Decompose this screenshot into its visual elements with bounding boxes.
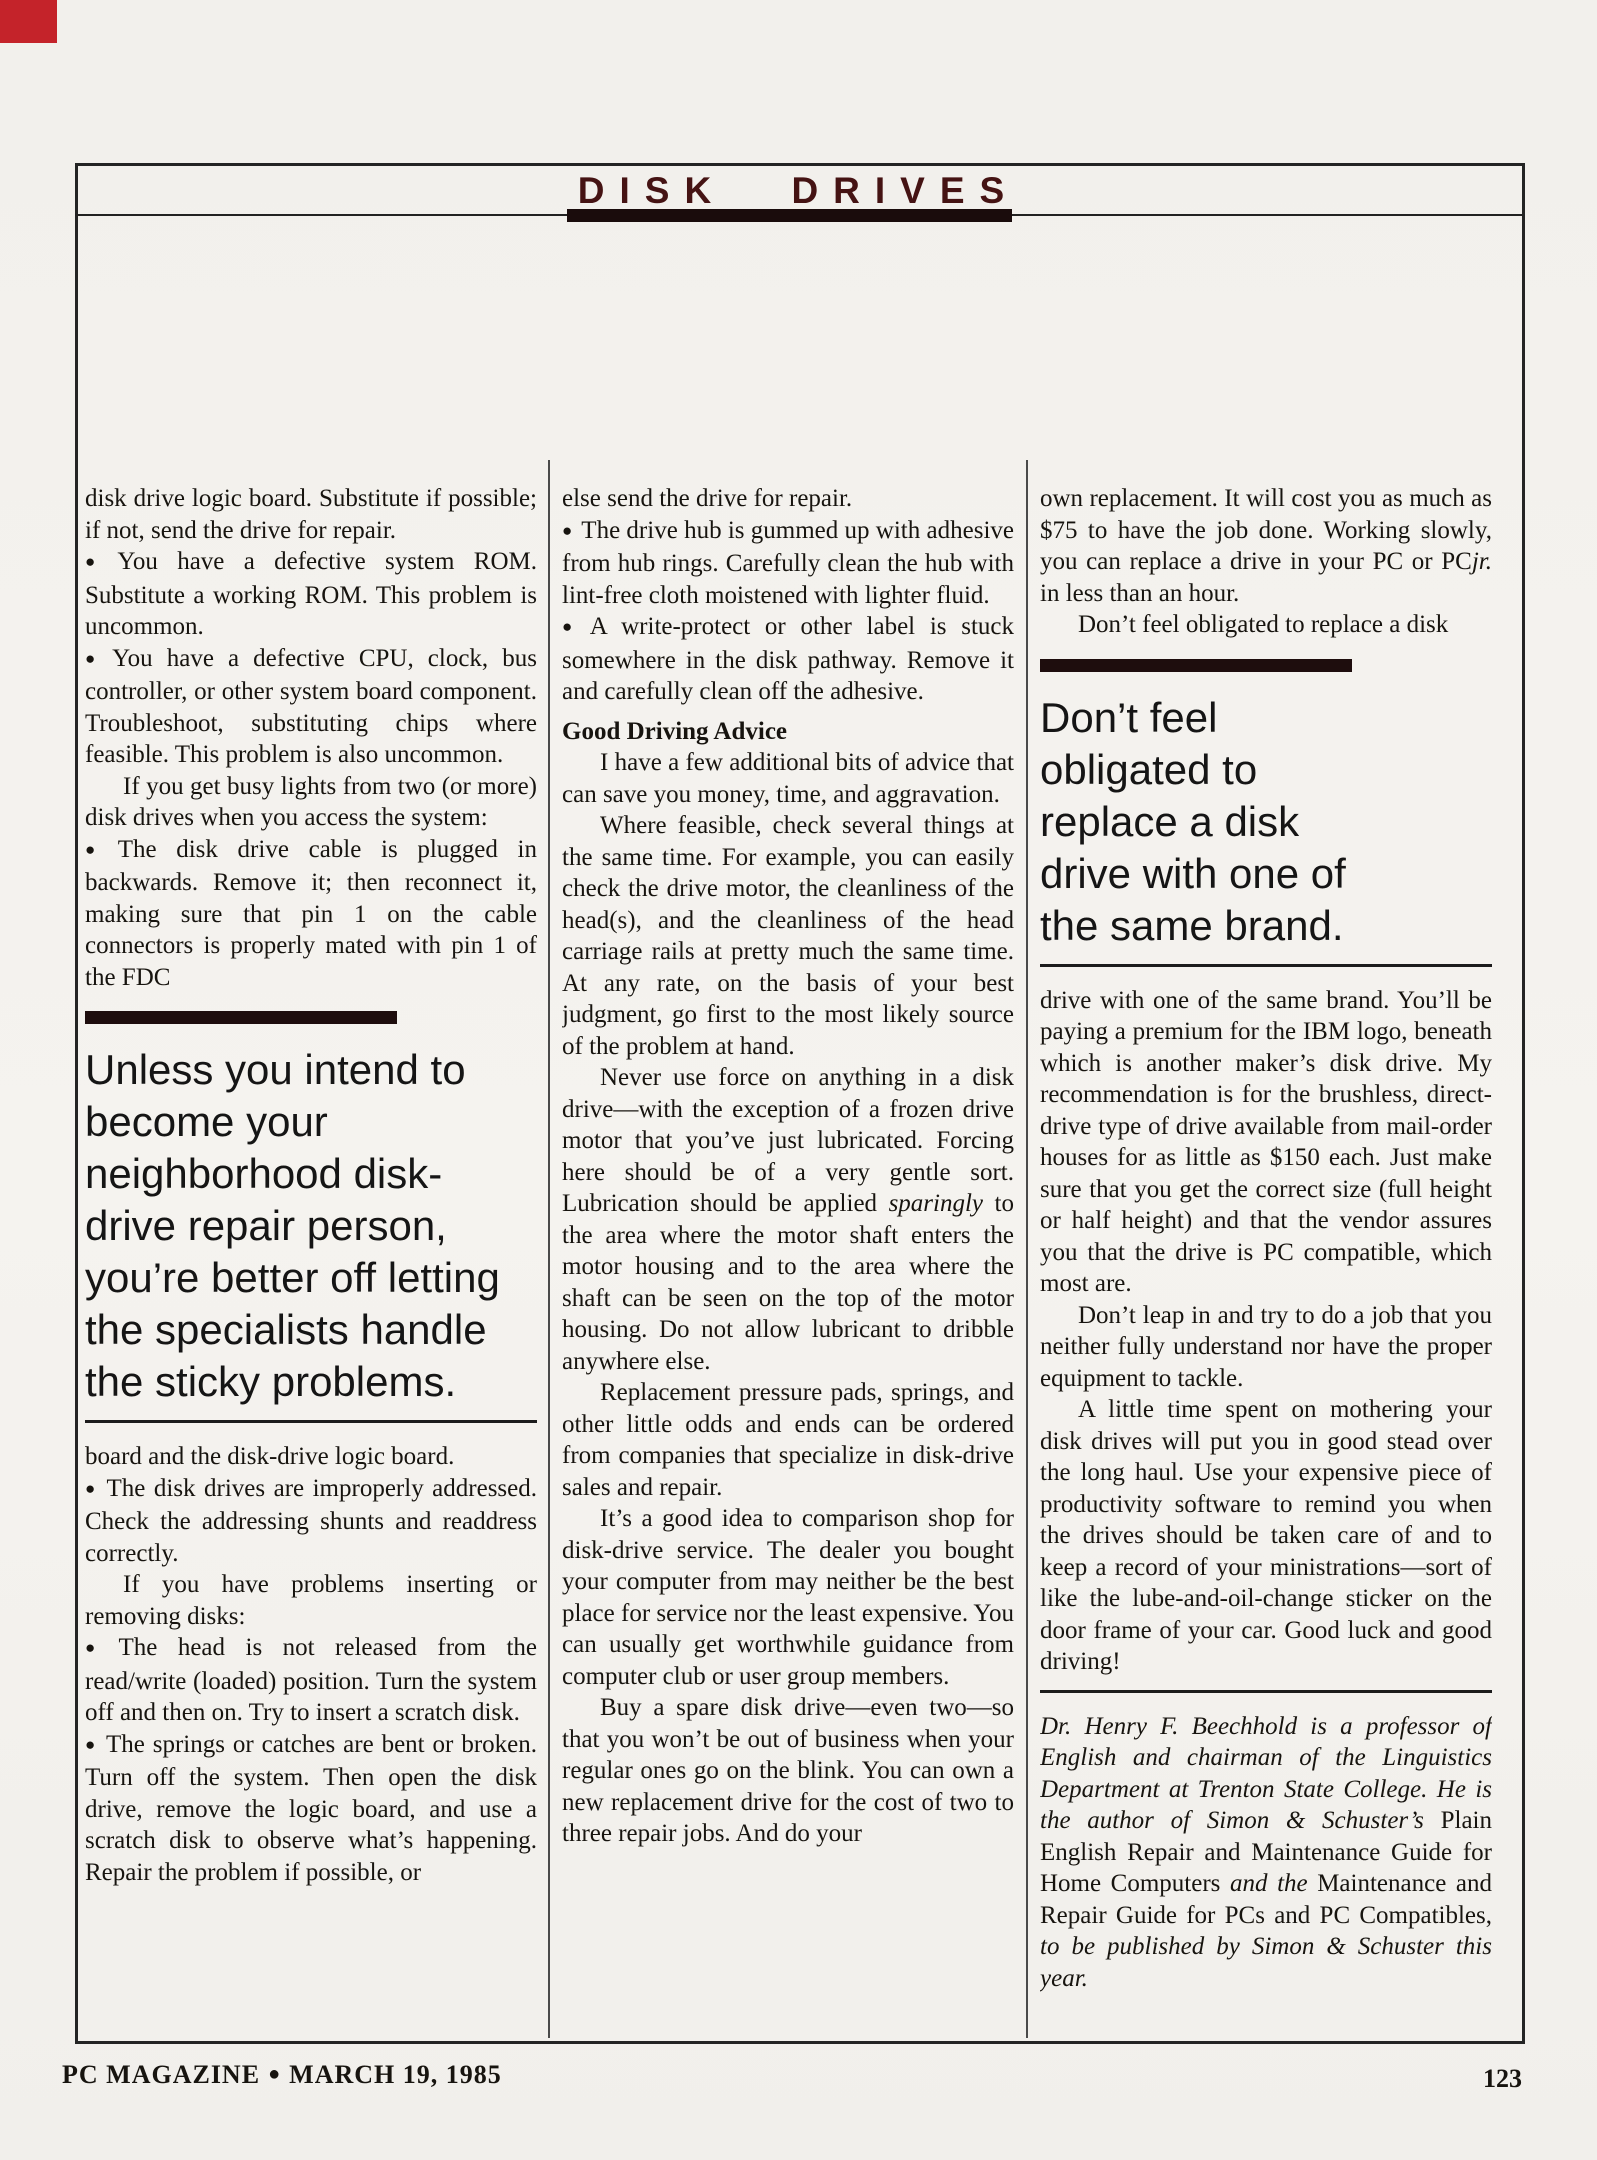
bullet-item: ●The head is not released from the read/… [85, 1632, 537, 1729]
footer-magazine-name: PC MAGAZINE [62, 2060, 260, 2089]
separator-rule [1040, 1690, 1492, 1693]
paragraph: Never use force on anything in a disk dr… [562, 1062, 1014, 1377]
magazine-page-scan: { "header": { "title": "DISK DRIVES" }, … [0, 0, 1597, 2160]
paragraph-continuation: drive with one of the same brand. You’ll… [1040, 985, 1492, 1300]
pull-quote: Unless you intend to become your neighbo… [85, 1044, 509, 1408]
article-column-1: disk drive logic board. Substitute if po… [85, 483, 537, 2039]
separator-rule [1040, 964, 1492, 967]
article-column-3: own replacement. It will cost you as muc… [1040, 483, 1492, 2039]
bullet-item: ●The drive hub is gummed up with adhesiv… [562, 515, 1014, 612]
bullet-icon: ● [562, 521, 572, 540]
paragraph-continuation: else send the drive for repair. [562, 483, 1014, 515]
paragraph: I have a few additional bits of advice t… [562, 747, 1014, 810]
bullet-icon: ● [85, 552, 108, 571]
pull-quote: Don’t feel obligated to replace a disk d… [1040, 692, 1372, 952]
paragraph: Don’t leap in and try to do a job that y… [1040, 1300, 1492, 1395]
paragraph: It’s a good idea to comparison shop for … [562, 1503, 1014, 1692]
bullet-item: ●The disk drives are improperly addresse… [85, 1473, 537, 1570]
bullet-item: ●The disk drive cable is plugged in back… [85, 834, 537, 994]
paragraph: If you get busy lights from two (or more… [85, 771, 537, 834]
bullet-icon: ● [85, 840, 109, 859]
bullet-icon: ● [85, 1735, 97, 1754]
bullet-item: ●You have a defective system ROM. Substi… [85, 546, 537, 643]
paragraph-continuation: disk drive logic board. Substitute if po… [85, 483, 537, 546]
column-divider [548, 460, 550, 2038]
paragraph: Where feasible, check several things at … [562, 810, 1014, 1062]
author-bio: Dr. Henry F. Beechhold is a professor of… [1040, 1711, 1492, 1995]
column-divider [1026, 460, 1028, 2038]
separator-rule [85, 1420, 537, 1423]
footer-magazine-date: PC MAGAZINE●MARCH 19, 1985 [62, 2060, 502, 2090]
bullet-icon: ● [85, 1638, 110, 1657]
paragraph-continuation: board and the disk-drive logic board. [85, 1441, 537, 1473]
paragraph: Buy a spare disk drive—even two—so that … [562, 1692, 1014, 1850]
section-heading: Good Driving Advice [562, 716, 1014, 748]
paragraph: If you have problems inserting or removi… [85, 1569, 537, 1632]
bullet-item: ●You have a defective CPU, clock, bus co… [85, 643, 537, 771]
bullet-icon: ● [85, 649, 103, 668]
red-corner-mark [0, 0, 57, 43]
article-column-2: else send the drive for repair.●The driv… [562, 483, 1014, 2039]
paragraph-continuation: own replacement. It will cost you as muc… [1040, 483, 1492, 609]
page-footer: PC MAGAZINE●MARCH 19, 1985 123 [0, 2060, 1597, 2100]
paragraph: A little time spent on mothering your di… [1040, 1394, 1492, 1678]
page-number: 123 [1380, 2064, 1522, 2094]
page-title: DISK DRIVES [75, 170, 1522, 212]
pull-quote-top-rule [85, 1011, 397, 1024]
pull-quote-top-rule [1040, 659, 1352, 672]
bullet-separator-icon: ● [268, 2063, 281, 2085]
bullet-icon: ● [85, 1479, 98, 1498]
paragraph: Replacement pressure pads, springs, and … [562, 1377, 1014, 1503]
paragraph: Don’t feel obligated to replace a disk [1040, 609, 1492, 641]
bullet-icon: ● [562, 617, 581, 636]
footer-date: MARCH 19, 1985 [289, 2060, 502, 2089]
bullet-item: ●A write-protect or other label is stuck… [562, 611, 1014, 708]
bullet-item: ●The springs or catches are bent or brok… [85, 1729, 537, 1889]
